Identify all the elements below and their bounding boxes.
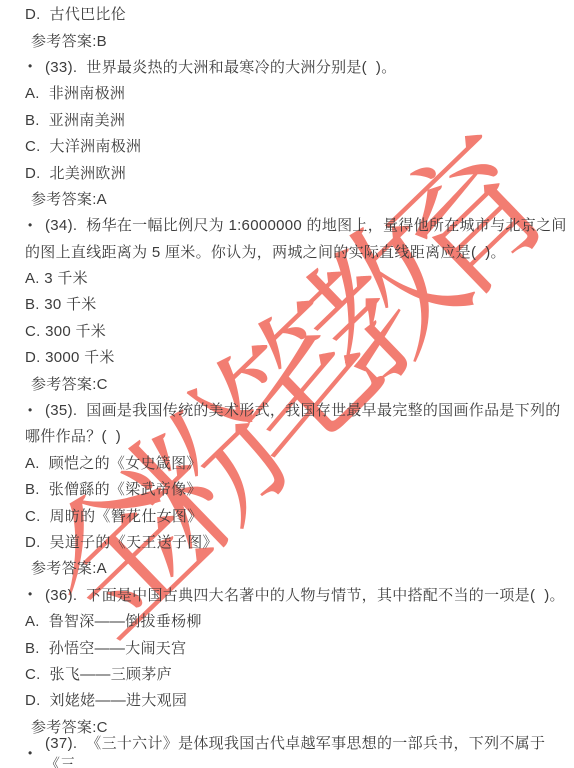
- option-item: A. 3 千米: [0, 264, 574, 290]
- answer-label: 参考答案:B: [31, 30, 107, 51]
- question-text: (37). 《三十六计》是体现我国古代卓越军事思想的一部兵书，下列不属于《三: [45, 732, 574, 768]
- option-item: B. 亚洲南美洲: [0, 106, 574, 132]
- answer-line: 参考答案:B: [0, 27, 574, 53]
- answer-label: 参考答案:A: [31, 557, 107, 578]
- answer-label: 参考答案:C: [31, 373, 108, 394]
- option-item: C. 300 千米: [0, 317, 574, 343]
- question-text: (34). 杨华在一幅比例尺为 1:6000000 的地图上，量得他所在城市与北…: [45, 214, 567, 235]
- question-text: 的图上直线距离为 5 厘米。你认为，两城之间的实际直线距离应是( )。: [25, 241, 506, 262]
- option-item: A. 非洲南极洲: [0, 80, 574, 106]
- option-label: C. 周昉的《簪花仕女图》: [25, 505, 203, 526]
- question-stem-continuation: 的图上直线距离为 5 厘米。你认为，两城之间的实际直线距离应是( )。: [0, 238, 574, 264]
- option-label: C. 300 千米: [25, 320, 106, 341]
- question-stem: •(34). 杨华在一幅比例尺为 1:6000000 的地图上，量得他所在城市与…: [0, 212, 574, 238]
- answer-label: 参考答案:A: [31, 188, 107, 209]
- option-label: D. 吴道子的《天王送子图》: [25, 531, 218, 552]
- question-stem: •(33). 世界最炎热的大洲和最寒冷的大洲分别是( )。: [0, 53, 574, 79]
- option-item: D. 北美洲欧洲: [0, 159, 574, 185]
- option-label: B. 30 千米: [25, 293, 97, 314]
- option-label: C. 张飞——三顾茅庐: [25, 663, 172, 684]
- option-item: B. 30 千米: [0, 291, 574, 317]
- answer-line: 参考答案:C: [0, 370, 574, 396]
- option-label: B. 孙悟空——大闹天宫: [25, 637, 186, 658]
- document-page: 金粉笔教育 D. 古代巴比伦 参考答案:B •(33). 世界最炎热的大洲和最寒…: [0, 0, 574, 768]
- bullet-icon: •: [28, 59, 45, 73]
- bullet-icon: •: [28, 587, 45, 601]
- option-label: D. 刘姥姥——进大观园: [25, 689, 187, 710]
- answer-line: 参考答案:A: [0, 185, 574, 211]
- question-stem-continuation: 哪件作品？( ): [0, 423, 574, 449]
- question-text: (33). 世界最炎热的大洲和最寒冷的大洲分别是( )。: [45, 56, 397, 77]
- question-stem: •(37). 《三十六计》是体现我国古代卓越军事思想的一部兵书，下列不属于《三: [0, 739, 574, 765]
- answer-line: 参考答案:A: [0, 555, 574, 581]
- option-label: D. 3000 千米: [25, 346, 115, 367]
- option-item: D. 刘姥姥——进大观园: [0, 687, 574, 713]
- question-list: D. 古代巴比伦 参考答案:B •(33). 世界最炎热的大洲和最寒冷的大洲分别…: [0, 0, 574, 766]
- option-item: A. 鲁智深——倒拔垂杨柳: [0, 607, 574, 633]
- option-label: B. 张僧繇的《梁武帝像》: [25, 478, 202, 499]
- option-item: D. 吴道子的《天王送子图》: [0, 528, 574, 554]
- option-item: C. 周昉的《簪花仕女图》: [0, 502, 574, 528]
- question-stem: •(35). 国画是我国传统的美术形式，我国存世最早最完整的国画作品是下列的: [0, 396, 574, 422]
- option-label: D. 古代巴比伦: [25, 3, 126, 24]
- bullet-icon: •: [28, 746, 45, 760]
- option-label: A. 鲁智深——倒拔垂杨柳: [25, 610, 202, 631]
- option-label: B. 亚洲南美洲: [25, 109, 125, 130]
- bullet-icon: •: [28, 403, 45, 417]
- question-text: 哪件作品？( ): [25, 425, 121, 446]
- option-label: C. 大洋洲南极洲: [25, 135, 141, 156]
- option-item: C. 张飞——三顾茅庐: [0, 660, 574, 686]
- option-item: D. 古代巴比伦: [0, 1, 574, 27]
- option-item: B. 张僧繇的《梁武帝像》: [0, 476, 574, 502]
- question-stem: •(36). 下面是中国古典四大名著中的人物与情节，其中搭配不当的一项是( )。: [0, 581, 574, 607]
- question-text: (35). 国画是我国传统的美术形式，我国存世最早最完整的国画作品是下列的: [45, 399, 561, 420]
- option-item: A. 顾恺之的《女史箴图》: [0, 449, 574, 475]
- option-item: B. 孙悟空——大闹天宫: [0, 634, 574, 660]
- question-text: (36). 下面是中国古典四大名著中的人物与情节，其中搭配不当的一项是( )。: [45, 584, 565, 605]
- bullet-icon: •: [28, 218, 45, 232]
- option-label: D. 北美洲欧洲: [25, 162, 126, 183]
- option-item: C. 大洋洲南极洲: [0, 132, 574, 158]
- option-label: A. 非洲南极洲: [25, 82, 125, 103]
- option-item: D. 3000 千米: [0, 344, 574, 370]
- option-label: A. 顾恺之的《女史箴图》: [25, 452, 202, 473]
- option-label: A. 3 千米: [25, 267, 88, 288]
